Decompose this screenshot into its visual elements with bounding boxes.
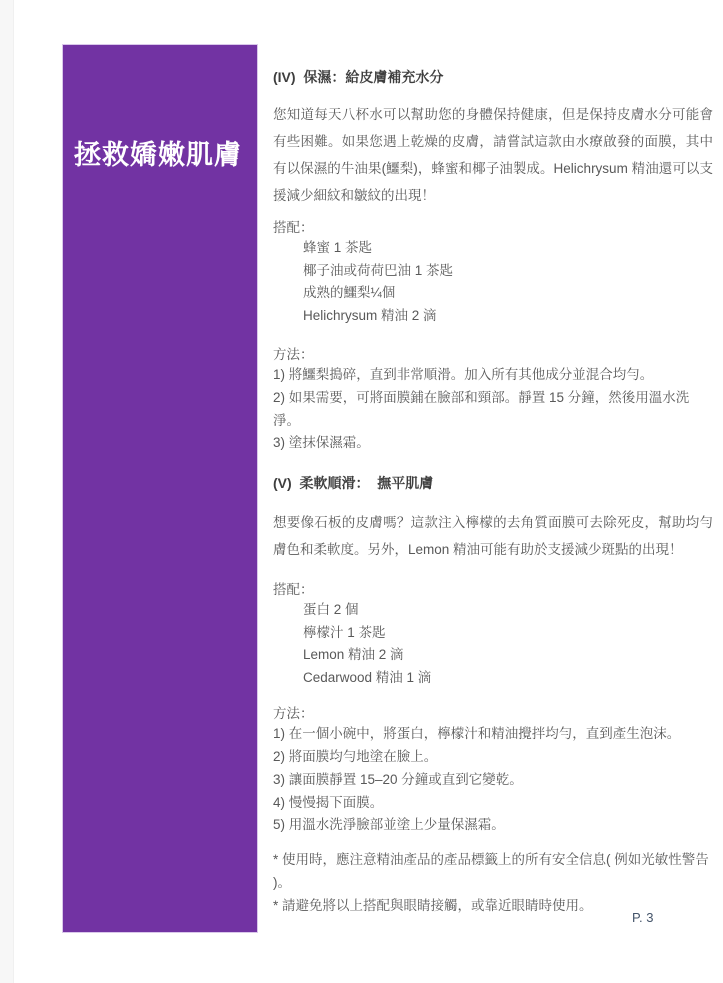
section-iv-ingredients-list: 蜂蜜 1 茶匙 椰子油或荷荷巴油 1 茶匙 成熟的鱷梨¼個 Helichrysu…	[273, 237, 713, 327]
page-number: P. 3	[632, 910, 653, 925]
section-iv-method-label: 方法：	[273, 345, 713, 364]
ingredient-item: Cedarwood 精油 1 滴	[273, 667, 713, 690]
ingredient-item: 蛋白 2 個	[273, 599, 713, 622]
section-v-heading: (V) 柔軟順滑： 撫平肌膚	[273, 474, 713, 493]
section-v-method-steps: 1) 在一個小碗中，將蛋白，檸檬汁和精油攪拌均勻，直到產生泡沫。 2) 將面膜均…	[273, 723, 713, 837]
ingredient-item: 蜂蜜 1 茶匙	[273, 237, 713, 260]
method-step: 3) 塗抹保濕霜。	[273, 432, 713, 455]
section-iv-heading: (IV) 保濕：給皮膚補充水分	[273, 68, 713, 87]
content-area: (IV) 保濕：給皮膚補充水分 您知道每天八杯水可以幫助您的身體保持健康，但是保…	[273, 60, 713, 917]
method-step: 4) 慢慢揭下面膜。	[273, 792, 713, 815]
method-step: 2) 如果需要，可將面膜鋪在臉部和頸部。靜置 15 分鐘，然後用溫水洗淨。	[273, 387, 713, 433]
method-step: 5) 用溫水洗淨臉部並塗上少量保濕霜。	[273, 814, 713, 837]
page-left-edge	[0, 0, 14, 983]
ingredient-item: 成熟的鱷梨¼個	[273, 282, 713, 305]
footnote: * 使用時，應注意精油產品的產品標籤上的所有安全信息( 例如光敏性警告 )。	[273, 848, 713, 894]
ingredient-item: Lemon 精油 2 滴	[273, 644, 713, 667]
section-v-ingredients-label: 搭配：	[273, 580, 713, 599]
method-step: 1) 在一個小碗中，將蛋白，檸檬汁和精油攪拌均勻，直到產生泡沫。	[273, 723, 713, 746]
ingredient-item: Helichrysum 精油 2 滴	[273, 305, 713, 328]
section-v-method-label: 方法：	[273, 704, 713, 723]
section-iv-intro: 您知道每天八杯水可以幫助您的身體保持健康，但是保持皮膚水分可能會有些困難。如果您…	[273, 101, 713, 209]
section-v-ingredients-list: 蛋白 2 個 檸檬汁 1 茶匙 Lemon 精油 2 滴 Cedarwood 精…	[273, 599, 713, 689]
section-iv-ingredients-label: 搭配：	[273, 218, 713, 237]
ingredient-item: 檸檬汁 1 茶匙	[273, 622, 713, 645]
method-step: 2) 將面膜均勻地塗在臉上。	[273, 746, 713, 769]
sidebar-title: 拯救嬌嫩肌膚	[63, 45, 257, 173]
sidebar-banner: 拯救嬌嫩肌膚	[63, 45, 257, 932]
ingredient-item: 椰子油或荷荷巴油 1 茶匙	[273, 260, 713, 283]
section-iv-method-steps: 1) 將鱷梨搗碎，直到非常順滑。加入所有其他成分並混合均勻。 2) 如果需要，可…	[273, 364, 713, 455]
method-step: 3) 讓面膜靜置 15–20 分鐘或直到它變乾。	[273, 769, 713, 792]
method-step: 1) 將鱷梨搗碎，直到非常順滑。加入所有其他成分並混合均勻。	[273, 364, 713, 387]
section-v-intro: 想要像石板的皮膚嗎？這款注入檸檬的去角質面膜可去除死皮，幫助均勻膚色和柔軟度。另…	[273, 509, 713, 563]
